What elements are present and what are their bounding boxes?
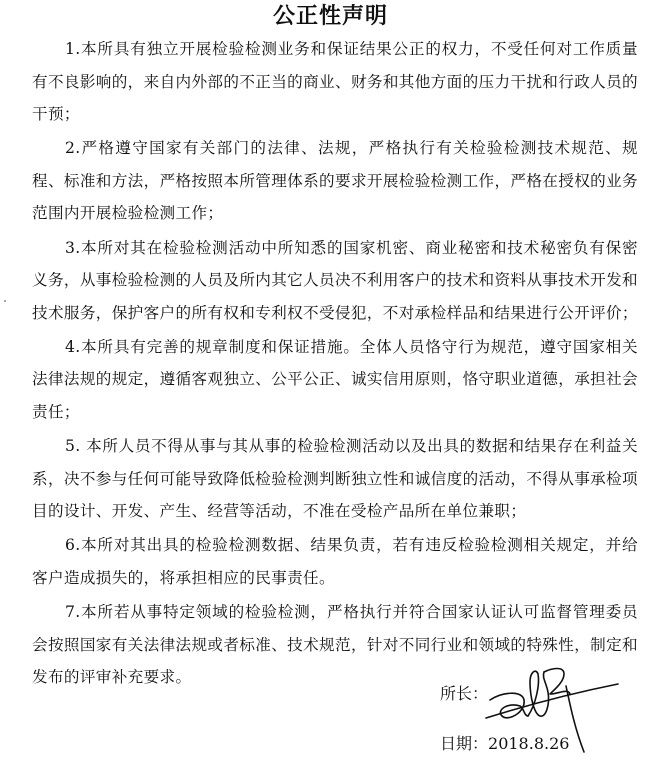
date-value: 2018.8.26 xyxy=(488,734,569,753)
statement-paragraph-5: 5. 本所人员不得从事与其从事的检验检测活动以及出具的数据和结果存在利益关系，决… xyxy=(32,430,638,528)
page-title: 公正性声明 xyxy=(0,2,661,32)
date-row: 日期：2018.8.26 xyxy=(440,731,569,754)
statement-paragraph-1: 1.本所具有独立开展检验检测业务和保证结果公正的权力，不受任何对工作质量有不良影… xyxy=(32,33,638,131)
statement-paragraph-4: 4.本所具有完善的规章制度和保证措施。全体人员恪守行为规范，遵守国家相关法律法规… xyxy=(32,331,638,429)
statement-paragraph-6: 6.本所对其出具的检验检测数据、结果负责，若有违反检验检测相关规定，并给客户造成… xyxy=(32,529,638,594)
date-label: 日期： xyxy=(440,734,488,753)
scan-artifact xyxy=(4,300,6,302)
statement-body: 1.本所具有独立开展检验检测业务和保证结果公正的权力，不受任何对工作质量有不良影… xyxy=(32,33,638,695)
statement-paragraph-2: 2.严格遵守国家有关部门的法律、法规，严格执行有关检验检测技术规范、规程、标准和… xyxy=(32,132,638,230)
statement-paragraph-3: 3.本所对其在检验检测活动中所知悉的国家机密、商业秘密和技术秘密负有保密义务，从… xyxy=(32,232,638,330)
